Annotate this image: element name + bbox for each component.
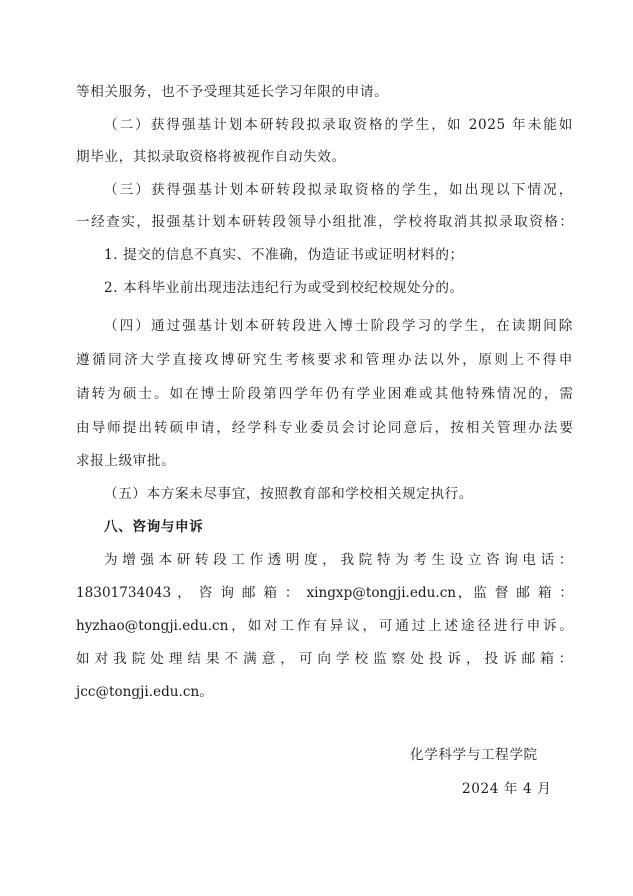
paragraph-line: （四）通过强基计划本研转段进入博士阶段学习的学生，在读期间除 [104,317,573,335]
paragraph-line: 求报上级审批。 [76,452,573,470]
document-page: 等相关服务，也不予受理其延长学习年限的申请。 （二）获得强基计划本研转段拟录取资… [0,0,633,896]
signature-date: 2024 年 4 月 [462,780,551,798]
paragraph-line: hyzhao@tongji.edu.cn，如对工作有异议，可通过上述途径进行申诉… [76,617,573,635]
list-item: 1. 提交的信息不真实、不准确，伪造证书或证明材料的； [104,246,601,264]
paragraph-line: 18301734043 ， 咨 询 邮 箱 ： xingxp@tongji.ed… [76,584,573,602]
paragraph-line: 如对我院处理结果不满意，可向学校监察处投诉，投诉邮箱： [76,650,573,668]
paragraph-line: （三）获得强基计划本研转段拟录取资格的学生，如出现以下情况， [104,181,573,199]
paragraph-line: 一经查实，报强基计划本研转段领导小组批准，学校将取消其拟录取资格： [76,213,573,231]
paragraph-line: 遵循同济大学直接攻博研究生考核要求和管理办法以外，原则上不得申 [76,351,573,369]
paragraph-line: 请转为硕士。如在博士阶段第四学年仍有学业困难或其他特殊情况的，需 [76,385,573,403]
signature-org: 化学科学与工程学院 [410,746,538,764]
paragraph-line: 期毕业，其拟录取资格将被视作自动失效。 [76,148,573,166]
paragraph-line: 为增强本研转段工作透明度，我院特为考生设立咨询电话： [104,551,573,569]
paragraph-line: jcc@tongji.edu.cn。 [76,683,573,701]
list-item: 2. 本科毕业前出现违法违纪行为或受到校纪校规处分的。 [104,279,601,297]
paragraph-line: （五）本方案未尽事宜，按照教育部和学校相关规定执行。 [104,485,601,503]
paragraph-line: 等相关服务，也不予受理其延长学习年限的申请。 [76,83,573,101]
paragraph-line: 由导师提出转硕申请，经学科专业委员会讨论同意后，按相关管理办法要 [76,419,573,437]
paragraph-line: （二）获得强基计划本研转段拟录取资格的学生，如 2025 年未能如 [104,116,573,134]
section-heading: 八、咨询与申诉 [104,518,601,536]
